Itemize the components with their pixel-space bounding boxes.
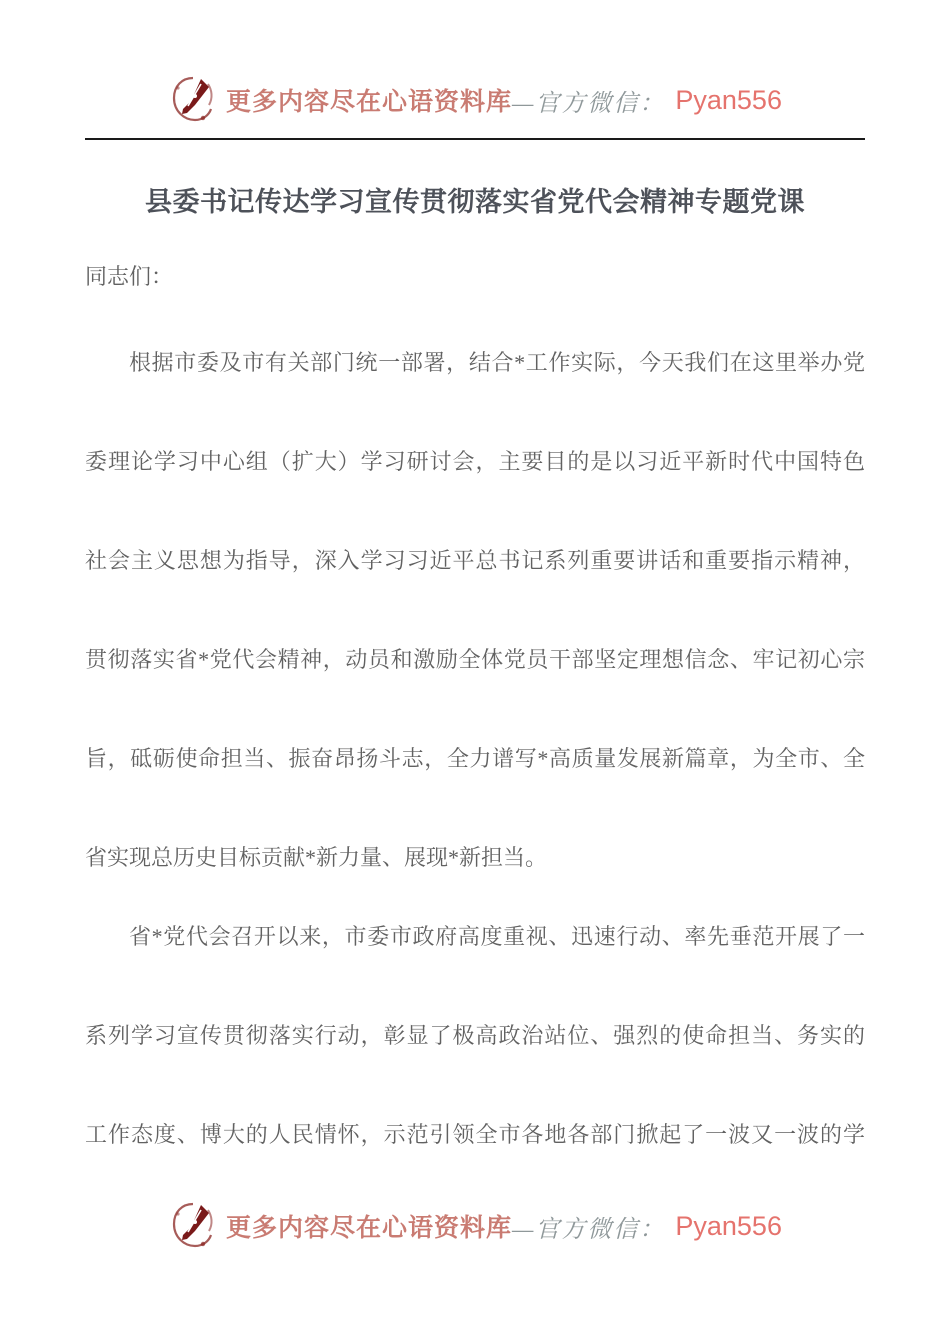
paragraph-line: 旨，砥砺使命担当、振奋昂扬斗志，全力谱写*高质量发展新篇章，为全市、全 [85,744,865,843]
pen-nib-swirl-logo-icon [168,1200,218,1252]
paragraph-1: 根据市委及市有关部门统一部署，结合*工作实际，今天我们在这里举办党 委理论学习中… [85,348,865,873]
header-brand-text: 更多内容尽在心语资料库 [226,82,512,118]
header-wechat-id: Pyan556 [675,85,782,116]
paragraph-line: 根据市委及市有关部门统一部署，结合*工作实际，今天我们在这里举办党 [85,348,865,447]
footer-brand-text: 更多内容尽在心语资料库 [226,1208,512,1244]
paragraph-line: 贯彻落实省*党代会精神，动员和激励全体党员干部坚定理想信念、牢记初心宗 [85,645,865,744]
paragraph-line: 系列学习宣传贯彻落实行动，彰显了极高政治站位、强烈的使命担当、务实的 [85,1021,865,1120]
footer-wechat-label: —官方微信： [512,1209,665,1244]
paragraph-line: 省*党代会召开以来，市委市政府高度重视、迅速行动、率先垂范开展了一 [85,922,865,1021]
header-divider-rule [85,138,865,140]
header-wechat-label: —官方微信： [512,83,665,118]
footer-wechat-id: Pyan556 [675,1211,782,1242]
paragraph-2: 省*党代会召开以来，市委市政府高度重视、迅速行动、率先垂范开展了一 系列学习宣传… [85,922,865,1219]
pen-nib-swirl-logo-icon [168,74,218,126]
document-page: 更多内容尽在心语资料库 —官方微信： Pyan556 县委书记传达学习宣传贯彻落… [0,0,950,1344]
salutation-line: 同志们： [85,262,865,292]
paragraph-line: 省实现总历史目标贡献*新力量、展现*新担当。 [85,843,865,873]
footer-brand: 更多内容尽在心语资料库 —官方微信： Pyan556 [85,1200,865,1252]
header-brand: 更多内容尽在心语资料库 —官方微信： Pyan556 [85,74,865,126]
document-body: 同志们： 根据市委及市有关部门统一部署，结合*工作实际，今天我们在这里举办党 委… [85,262,865,1219]
paragraph-line: 社会主义思想为指导，深入学习习近平总书记系列重要讲话和重要指示精神， [85,546,865,645]
document-title: 县委书记传达学习宣传贯彻落实省党代会精神专题党课 [0,180,950,219]
paragraph-line: 委理论学习中心组（扩大）学习研讨会，主要目的是以习近平新时代中国特色 [85,447,865,546]
